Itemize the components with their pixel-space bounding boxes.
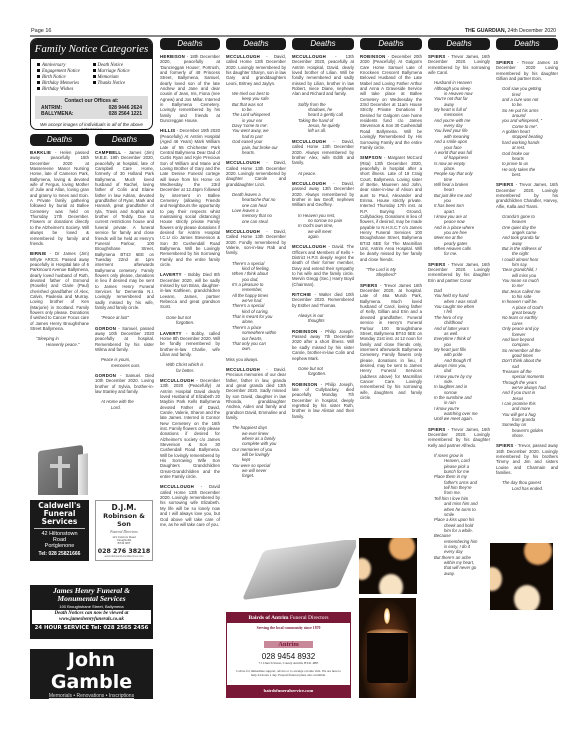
death-notice: SPIERS - Trevor James, 16th December 202… [428,262,490,283]
divider [34,528,85,529]
ad-title: John Gamble [30,649,153,693]
ad-address: Portglenone [30,543,89,549]
categories-list: Anniversary Death Notice Engagement Noti… [31,59,152,92]
bokeh-candle-image [490,543,553,610]
ad-address: BT44 9DT [96,542,152,545]
ad-title: D.J.M. [96,503,152,512]
column-3: Deaths HERBISON - 18th December 2020, pe… [160,38,220,698]
deaths-heading: Deaths [160,38,220,50]
categories-title: Family Notice Categories [31,39,152,59]
death-notice: MCCULLOUGH - David, called Home 13th Dec… [226,54,286,86]
death-notice: MCCULLOUGH - David. Precious memories of… [226,367,286,420]
deaths-heading: Deaths [226,38,286,50]
verse: The happiest dayswe ever knewwhere as a … [226,425,286,478]
ad-title: Robinson & Son [96,512,152,528]
ad-phone: 028 276 38218 [96,548,152,555]
category-item: Birthday Memories [37,81,93,86]
death-notice: MCCULLOUGH - David, Called Home 13th Dec… [226,229,286,256]
candle-image [359,598,416,698]
death-notice: MCCULLOUGH - David, Called Home 13th Dec… [226,160,286,187]
deaths-heading: Deaths [360,38,422,50]
death-notice: BARKLIE - Helen passed away peacefully 1… [30,150,89,246]
office-name: BALLYMENA: [41,111,74,117]
deaths-heading: Deaths [95,134,154,146]
death-notice: SPIERS - Trevor James 16 December 2020 L… [496,60,558,81]
category-item: Engagement Notice [37,69,93,74]
death-notice: ROBINSON - December 20th 2020 (Peacefull… [360,54,422,150]
death-notice: ROBINSON - Philip Joseph, late of Cullyb… [292,382,354,419]
death-notice: ROBINSON - Philip Joseph. Passed away 7t… [292,329,354,361]
deaths-heading: Deaths [496,38,558,50]
masthead-date: THE GUARDIAN, 24th December 2020 [465,28,556,34]
ad-website: www.robinsonsfuneralservices.com [96,555,152,558]
deaths-heading: Deaths [30,134,89,146]
contact-offices: Contact our Offices at: ANTRIM:028 9446 … [35,96,148,119]
closing-line: Miss you always. [226,357,286,362]
bible-icon [30,444,89,495]
verse: The day thou gavestLord has ended. [496,480,558,491]
ad-footer: bairdsfuneralservice.com [227,685,350,697]
death-notice: MCCULLOUGH - David, passed away 13th Dec… [292,181,354,208]
ad-website: bairdsfuneralservice.com [264,688,314,693]
death-notice: HILLIS - December 19th 2020 (Peacefully)… [160,128,220,267]
deaths-heading: Deaths [292,38,354,50]
ad-phone: Tel: 028 25821666 [30,551,89,557]
caldwell-funeral-ad: Caldwell's Funeral Services 42 Hiltonsto… [30,500,89,561]
column-4: Deaths MCCULLOUGH - David, called Home 1… [226,38,286,608]
verse: At peace. [292,171,354,176]
verse: DadYou held my handwhen I was smallYou c… [428,288,490,422]
djm-robinson-ad: D.J.M. Robinson & Son Funeral Directors … [95,500,153,561]
ad-address: 8 Rathmore Heights, Ballymena [30,708,153,714]
family-notice-categories: Family Notice Categories Anniversary Dea… [30,38,153,130]
death-notice: GORDON - Samuel, passed away 10th Decemb… [95,326,154,353]
category-item: Anniversary [37,63,93,68]
verse: "The Lord is MyShepherd" [360,267,422,278]
column-5: Deaths MCCULLOUGH - 13th December 2020, … [292,38,354,518]
ad-phone: TEL: 028 2564 3419 / 07775 950 144 [30,701,153,707]
category-item: Memoriam [93,75,149,80]
death-notice: BIRNIE - Dr James (Jim) Whyte ARICS. Pas… [30,251,89,331]
death-notice: SPIERS - Trevor James, 16th December 202… [428,427,490,448]
ad-address: 100 Broughshane Street, Ballymena [30,604,153,609]
ad-title: Services [30,518,89,526]
newspaper-page: Page 16 THE GUARDIAN, 24th December 2020… [0,0,580,737]
verse: Always in ourthoughts [292,313,354,324]
ad-phone: 24 HOUR SERVICE Tel: 028 2565 2456 [30,625,153,631]
death-notice: SIMPSON - Margaret McCord (Rita) 13th De… [360,155,422,262]
verse: God saw you gettingtiredand a cure was n… [496,86,558,177]
verse: "Peace at last" [95,315,154,320]
category-item: Thanks Notice [93,81,149,86]
bokeh-candle-image [359,538,417,594]
ad-notice-box: Death Notices can now be viewed atwww.ja… [32,610,151,624]
death-notice: LAVERTY - Bobby, called Home 8th Decembe… [160,331,220,358]
death-notice: SPIERS - Trevor James, 16th December 202… [428,54,490,75]
accept-note: We accept images of individuals in all o… [31,119,152,130]
death-notice: GORDON - Samuel. Died 10th December 2020… [95,373,154,394]
header-rule [30,35,556,37]
death-notice: MCCULLOUGH - David, called Home 13th Dec… [292,139,354,166]
death-notice: MCCULLOUGH - David. The Officers and Mem… [292,244,354,287]
flame-icon [384,608,390,624]
issue-date: 24th December 2020 [508,28,556,34]
death-notice: MCCULLOUGH - 13th December 2020, peacefu… [292,54,354,97]
verse: "Sleeping inHeavenly peace." [30,336,89,347]
column-8: Deaths SPIERS - Trevor James 16 December… [496,38,558,538]
death-notice: HERBISON - 18th December 2020, peacefull… [160,54,220,123]
verse: Gone but notforgotten. [160,315,220,326]
verse: If roses grow inHeaven, Lordplease pick … [428,453,490,576]
ad-title: Monumental Services [30,595,153,603]
death-notice: LAVERTY - Bobby Died 8th December 2020, … [160,272,220,309]
bairds-funeral-ad: Bairds of Antrim Funeral Directors Servi… [226,612,351,698]
james-henry-ad: James Henry Funeral & Monumental Service… [30,585,153,639]
ad-address: 71 Church Street, County Antrim, BT41 4B… [227,661,350,665]
death-notice: SPIERS - Trevor James 16th December 2020… [360,283,422,401]
category-item: Birth Notice [37,75,93,80]
verse: At Home with theLord. [95,399,154,410]
john-gamble-ad: John Gamble Memorials • Renovations • In… [30,649,153,699]
death-notice: RITCHIE - Walter died 10th December 2020… [292,292,354,308]
ad-subtitle: Funeral Directors [96,530,152,534]
verse: Husband in HeavenAlthough you sleepin He… [428,80,490,256]
category-item: Marriage Notice [93,69,149,74]
ad-title: Bairds of Antrim Funeral Directors [227,613,350,623]
ad-town: Antrim [264,641,313,648]
verse: Death leaves aheartache that noone can h… [226,192,286,224]
verse: There's a specialkind of feeling,When I … [226,261,286,352]
verse: Softly from theshadows, heheard a gently… [292,102,354,134]
death-notice: SPIERS - Trevor James, 16th December 202… [496,182,558,209]
bible-image [30,440,89,495]
page-number: Page 16 [31,28,52,34]
bible-image [226,540,356,600]
death-notice: SPIERS - Trevor, passed away 16th Decemb… [496,443,558,475]
deaths-heading: Deaths [428,38,490,50]
ad-phone: 028 9454 8932 [227,652,350,661]
verse: Granda's gone toheavenOne quiet day thea… [496,214,558,438]
contact-title: Contact our Offices at: [41,98,142,104]
publication-name: THE GUARDIAN, [465,28,506,34]
category-item: Death Notice [93,63,149,68]
ad-tagline: Serving the local community since 1870 [227,626,350,630]
category-item: Birthday Wishes [37,87,93,92]
bible-icon [242,540,356,600]
office-row: BALLYMENA:028 2564 1221 [41,111,142,117]
office-phone: 028 2564 1221 [109,111,142,117]
death-notice: MCCULLOUGH - December 13th 2020 (Peacefu… [160,378,220,480]
ad-body: Call us for immediate support, advice or… [233,669,344,678]
ad-services: Memorials • Renovations • Inscriptions [30,693,153,699]
column-2: Deaths CAMPBELL - James (Jim) M.B.E. 19t… [95,134,154,496]
verse: Peace is yours,memories ours. [95,357,154,368]
verse: With Christ which isfar better. [160,362,220,373]
death-notice: MCCULLOUGH - David called Home 13th Dece… [160,484,220,527]
verse: We tried our best tokeep you safeBut tha… [226,91,286,155]
column-7: Deaths SPIERS - Trevor James, 16th Decem… [428,38,490,698]
column-6: Deaths ROBINSON - December 20th 2020 (Pe… [360,38,422,538]
death-notice: CAMPBELL - James (Jim) M.B.E. 19th Decem… [95,150,154,310]
column-1: Deaths BARKLIE - Helen passed away peace… [30,134,89,359]
verse: Gone but notforgotten. [292,366,354,377]
verse: In Heaven you rest,no sorrow no painIn G… [292,213,354,240]
